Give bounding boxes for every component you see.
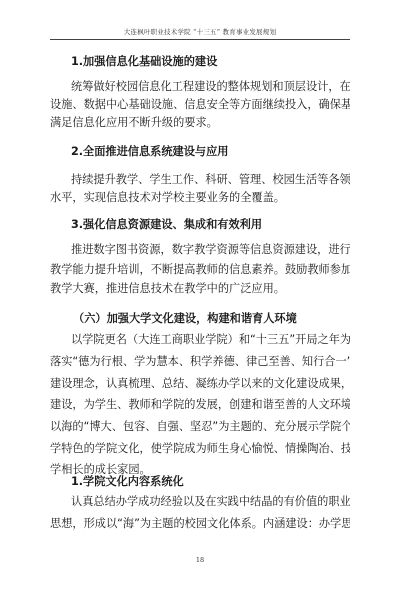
paragraph-line: 建设，为学生、教师和学院的发展，创建和谐至善的人文环境，构建生成 (50, 398, 350, 412)
section-heading: 1.学院文化内容系统化 (71, 475, 184, 489)
header-rule (50, 39, 350, 40)
paragraph-line: 教学能力提升培训，不断提高教师的信息素养。鼓励教师参加各级信息化 (50, 263, 350, 277)
paragraph-line: 建设理念，认真梳理、总结、凝练办学以来的文化建设成果，强化“三风” (50, 377, 350, 391)
paragraph-line: 教学大赛，推进信息技术在教学中的广泛应用。 (50, 282, 350, 296)
page-header: 大连枫叶职业技术学院 “十三五” 教育事业发展规划 (50, 27, 350, 36)
paragraph-line: 以学院更名（大连工商职业学院）和“十三五”开局之年为契机，认真 (71, 333, 350, 347)
paragraph-line: 设施、数据中心基础设施、信息安全等方面继续投入，确保基础设施质量， (50, 98, 350, 112)
paragraph-line: 落实“德为行根、学为慧本、积学养德、律己至善、知行合一”的学院文化 (50, 355, 350, 369)
paragraph-line: 思想，形成以“海”为主题的校园文化体系。内涵建设：办学思想、学院精 (50, 517, 350, 531)
paragraph-line: 满足信息化应用不断升级的要求。 (50, 116, 350, 130)
section-heading: 1.加强信息化基础设施的建设 (71, 55, 217, 69)
page-number: 18 (190, 556, 210, 564)
section-heading: （六）加强大学文化建设，构建和谐育人环境 (73, 312, 297, 326)
section-heading: 2.全面推进信息系统建设与应用 (71, 145, 228, 159)
paragraph-line: 认真总结办学成功经验以及在实践中结晶的有价值的职业教育教学 (71, 495, 350, 509)
paragraph-line: 推进数字图书资源，数字教学资源等信息资源建设，进行教师信息化 (71, 243, 350, 257)
paragraph-line: 以海的“博大、包容、自强、坚忍”为主题的、充分展示学院个性魅力和办 (50, 420, 350, 434)
paragraph-line: 学特色的学院文化，使学院成为师生身心愉悦、情操陶冶、技艺精湛、教 (50, 442, 350, 456)
paragraph-line: 持续提升教学、学生工作、科研、管理、校园生活等各领域的信息化 (71, 173, 350, 187)
paragraph-line: 水平，实现信息技术对学校主要业务的全覆盖。 (50, 191, 350, 205)
section-heading: 3.强化信息资源建设、集成和有效利用 (71, 218, 262, 232)
paragraph-line: 统筹做好校园信息化工程建设的整体规划和顶层设计，在校园网基础 (71, 80, 350, 94)
